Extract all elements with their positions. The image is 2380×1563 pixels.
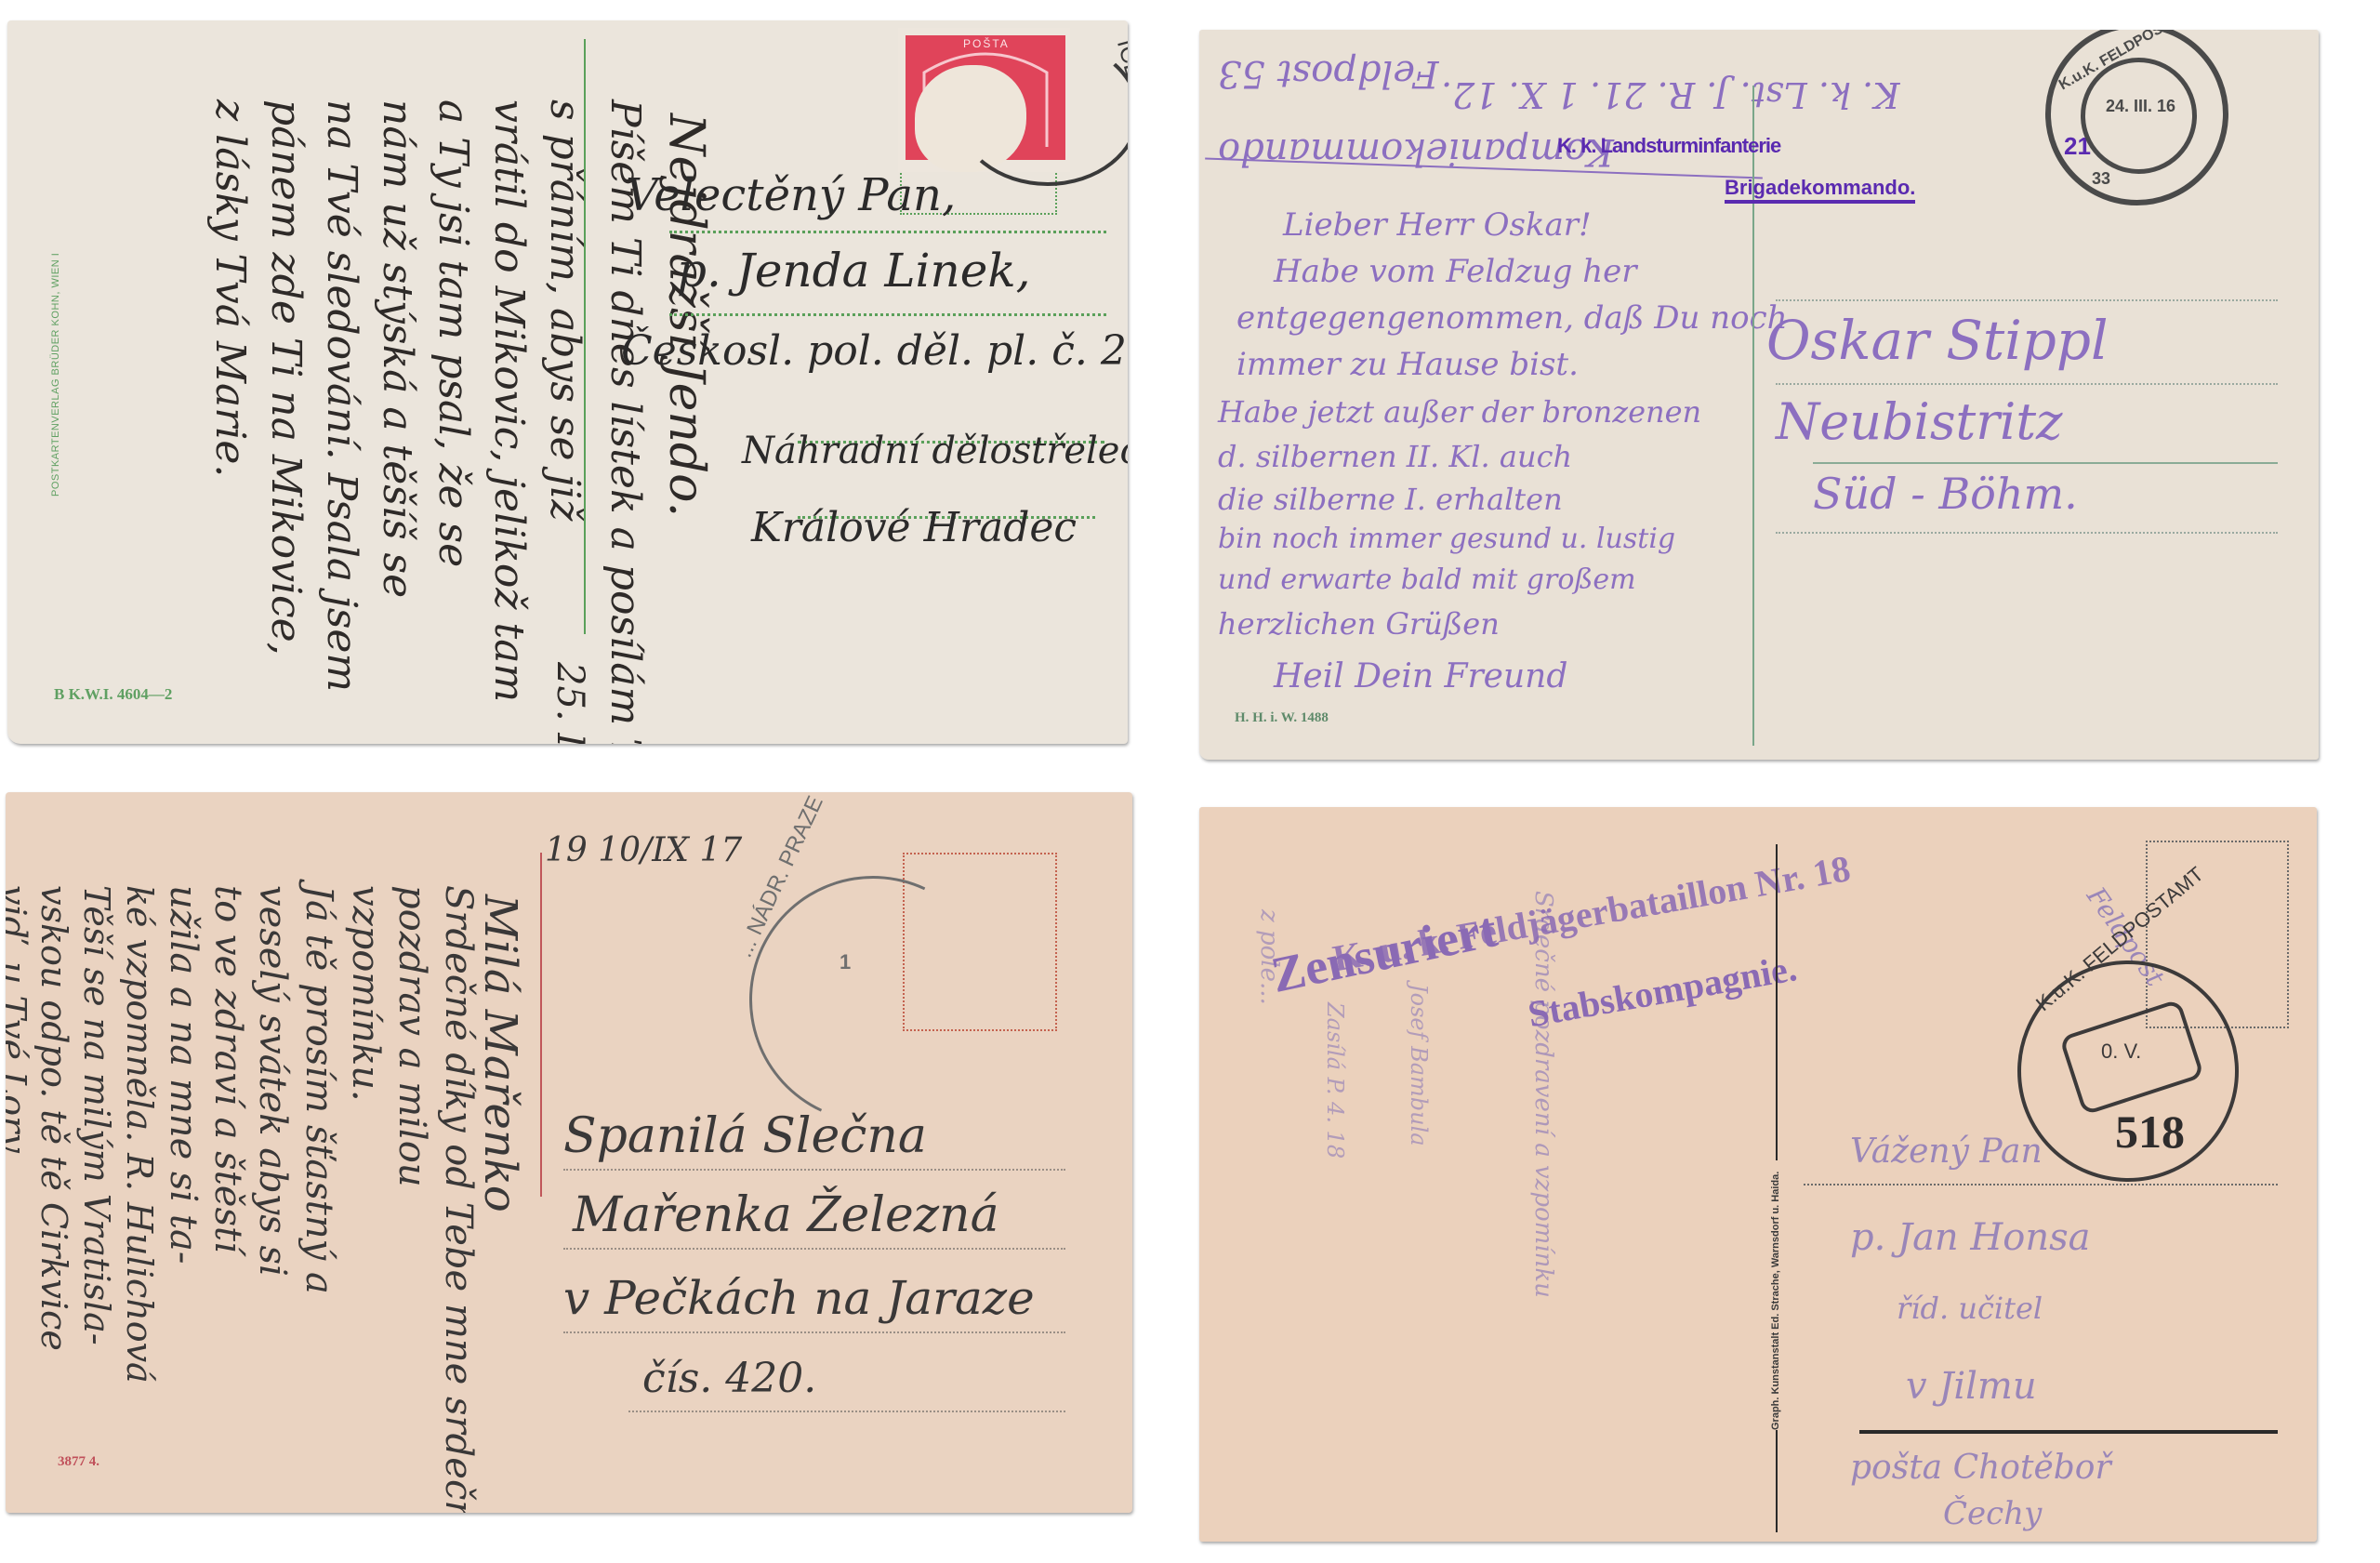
message-line: na Tvé sledování. Psala jsem [318, 99, 365, 692]
address-line-heavy [1859, 1430, 2278, 1434]
address-salutation: Velectěný Pan, [626, 169, 956, 221]
message-line: z lásky Tvá Marie. [206, 99, 254, 477]
address-country: Čechy [1943, 1495, 2042, 1532]
message-date: 25. IV. 1919. [549, 662, 591, 744]
message-line: Josef Bambula [1406, 984, 1432, 1146]
postcard-bottom-left: Milá Mařenko Srdečné díky od Tebe mne sr… [6, 792, 1132, 1513]
message-line: vskou odpo. tě tě Cirkvice [33, 885, 74, 1351]
censor-stamp-company: Stabskompagnie. [1525, 946, 1800, 1036]
message-line: Srdečné pozdravení a vzpomínku [1529, 891, 1557, 1298]
address-post: pošta Chotěboř [1850, 1449, 2111, 1487]
postmark-number: 1 [840, 950, 851, 974]
message-line: vzpomínku. [344, 885, 387, 1102]
message-line: entgegengenommen, daß Du noch [1236, 299, 1788, 337]
address-line-4: Náhradní dělostřelecká [742, 430, 1128, 472]
message-line: ké vzpomněla. R. Hulichová [119, 885, 160, 1384]
message-line: nám už stýská a těšíš se [374, 99, 421, 598]
postcard-top-right: Feldpost 53 K. k. Lst. J. R. 21. 1 X. 12… [1199, 30, 2319, 760]
message-date: 19 10/IX 17 [545, 831, 742, 869]
address-title: říd. učitel [1897, 1291, 2043, 1326]
postcard-bottom-right: Srdečné pozdravení a vzpomínku z pole...… [1199, 807, 2317, 1542]
message-line: viď. u Tvé Lory. [6, 885, 33, 1159]
address-region: Süd - Böhm. [1813, 469, 2078, 519]
address-name: Oskar Stippl [1766, 309, 2109, 372]
message-line: s přáním, abys se již [541, 99, 588, 521]
unit-stamp-line: Brigadekommando. [1725, 176, 1915, 204]
postcard-top-left: Nejdražší Jendo. Píšem Ti dnes lístek a … [7, 20, 1128, 744]
message-line: vrátil do Mikovic, jelikož tam [485, 99, 533, 702]
center-divider [540, 853, 542, 1197]
message-line: pozdrav a milou [390, 885, 433, 1187]
message-line: Habe vom Feldzug her [1274, 253, 1637, 290]
address-salutation: Vážený Pan [1850, 1133, 2043, 1171]
address-name: Mařenka Železná [573, 1187, 999, 1243]
print-code: B K.W.I. 4604—2 [54, 685, 172, 704]
message-line: herzlichen Grüßen [1218, 606, 1500, 642]
address-line [1813, 462, 2278, 464]
address-line [1804, 1184, 2278, 1185]
print-code: H. H. i. W. 1488 [1235, 710, 1329, 726]
sender-header-line: Feldpost 53 [1218, 52, 1439, 95]
center-divider [1776, 844, 1778, 1160]
address-line [628, 1411, 1065, 1412]
message-line: und erwarte bald mit großem [1218, 563, 1636, 596]
postmark-date: 24. III. 16 [2106, 97, 2175, 116]
center-divider [584, 39, 586, 634]
address-line [563, 1248, 1065, 1250]
address-number: čís. 420. [642, 1355, 816, 1402]
message-line: die silberne I. erhalten [1218, 482, 1563, 517]
message-line: Srdečné díky od Tebe mne srdečné [437, 885, 480, 1513]
message-line: Lieber Herr Oskar! [1283, 206, 1592, 244]
message-line: užila a na mne si ta- [162, 885, 205, 1264]
publisher-imprint: Graph. Kunstanstalt Ed. Strache, Warnsdo… [1770, 1172, 1781, 1430]
address-line [669, 231, 1106, 233]
address-town: v Pečkách na Jaraze [563, 1271, 1035, 1325]
message-line: Těší se na milým Vratisla- [76, 885, 117, 1345]
message-signature: Heil Dein Freund [1274, 657, 1567, 695]
message-line: Já tě prosím šťastný a [297, 885, 340, 1294]
message-line: Zasílá P. 4. 18 [1322, 1002, 1348, 1159]
print-code: 3877 4. [58, 1454, 99, 1470]
unit-stamp-line: K. k. Landsturminfanterie [1557, 134, 1780, 158]
address-line [1776, 299, 2278, 301]
postmark-number: 518 [2115, 1105, 2185, 1159]
address-line [563, 1331, 1065, 1333]
message-line: to ve zdraví a štěstí [206, 885, 249, 1253]
address-line [669, 313, 1106, 316]
address-town: v Jilmu [1906, 1365, 2037, 1408]
postmark-circle [956, 39, 1128, 186]
message-line: immer zu Hause bist. [1236, 346, 1579, 383]
postmark-date: 0. V. [2101, 1040, 2141, 1064]
publisher-imprint: POSTKARTENVERLAG BRÜDER KOHN, WIEN I [50, 253, 61, 497]
message-line: d. silbernen II. Kl. auch [1218, 439, 1572, 474]
address-name: p. Jan Honsa [1850, 1216, 2091, 1259]
address-line [1776, 383, 2278, 385]
sender-header-line: K. k. Lst. J. R. 21. 1 X. 12. [1441, 74, 1900, 115]
address-line [1776, 532, 2278, 534]
message-line: a Ty jsi tam psal, že se [430, 99, 477, 567]
address-city: Králové Hradec [751, 504, 1077, 551]
address-line [563, 1169, 1065, 1171]
message-line: Habe jetzt außer der bronzenen [1218, 394, 1701, 430]
message-line: Milá Mařenko [474, 894, 526, 1212]
center-divider-lower [1776, 1430, 1778, 1532]
message-line: veselý svátek abys si [251, 885, 294, 1277]
address-name: p. Jenda Linek, [677, 244, 1031, 298]
message-line: pánem zde Ti na Mikovice, [262, 99, 310, 656]
address-salutation: Spanilá Slečna [563, 1108, 927, 1164]
address-town: Neubistritz [1776, 392, 2062, 451]
message-line: bin noch immer gesund u. lustig [1218, 523, 1675, 555]
postmark-number: 33 [2092, 169, 2110, 189]
address-unit: Českosl. pol. děl. pl. č. 29. [621, 327, 1128, 375]
